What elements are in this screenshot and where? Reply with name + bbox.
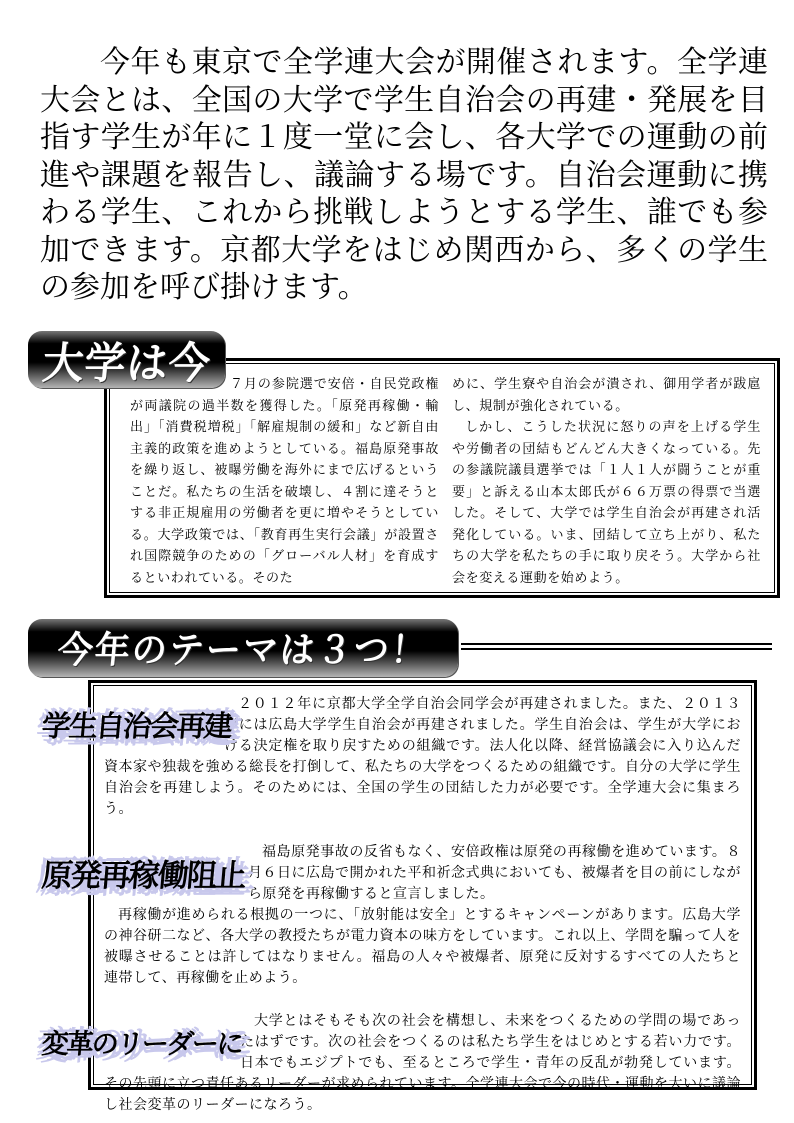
theme-nuclear-restart-heading: 原発再稼働阻止 [42, 841, 240, 903]
university-now-box: ７月の参院選で安倍・自民党政権が両議院の過半数を獲得した。「原発再稼働・輸出」「… [104, 358, 780, 598]
university-now-box-inner: ７月の参院選で安倍・自民党政権が両議院の過半数を獲得した。「原発再稼働・輸出」「… [109, 363, 775, 593]
university-now-right-paragraph-2: しかし、こうした状況に怒りの声を上げる学生や労働者の団結もどんどん大きくなってい… [452, 416, 761, 588]
university-now-column-left: ７月の参院選で安倍・自民党政権が両議院の過半数を獲得した。「原発再稼働・輸出」「… [130, 373, 439, 588]
theme-leader-of-change-heading-label: 変革のリーダーに [40, 1022, 243, 1061]
themes-box-inner: 学生自治会再建 ２０１２年に京都大学全学自治会同学会が再建されました。また、２０… [93, 685, 752, 1085]
themes-box: 学生自治会再建 ２０１２年に京都大学全学自治会同学会が再建されました。また、２０… [88, 680, 757, 1090]
intro-paragraph: 今年も東京で全学連大会が開催されます。全学連大会とは、全国の大学で学生自治会の再… [40, 44, 768, 307]
themes-banner-label: 今年のテーマは３つ！ [56, 622, 431, 675]
theme-student-council: 学生自治会再建 ２０１２年に京都大学全学自治会同学会が再建されました。また、２０… [104, 693, 741, 819]
theme-leader-of-change-heading: 変革のリーダーに [42, 1010, 232, 1072]
theme-student-council-heading-label: 学生自治会再建 [40, 704, 233, 745]
flyer-page: 今年も東京で全学連大会が開催されます。全学連大会とは、全国の大学で学生自治会の再… [0, 0, 794, 1123]
theme-leader-of-change: 変革のリーダーに 大学とはそもそも次の社会を構想し、未来をつくるための学問の場で… [104, 988, 741, 1115]
theme-nuclear-restart: 原発再稼働阻止 福島原発事故の反省もなく、安倍政権は原発の再稼働を進めています。… [104, 819, 741, 988]
university-now-right-paragraph-1: めに、学生寮や自治会が潰され、御用学者が跋扈し、規制が強化されている。 [452, 373, 761, 416]
university-now-banner: 大学は今 [28, 331, 225, 388]
university-now-banner-label: 大学は今 [40, 329, 213, 391]
theme-nuclear-restart-heading-label: 原発再稼働阻止 [40, 850, 247, 895]
theme-nuclear-restart-paragraph-2: 再稼働が進められる根拠の一つに、「放射能は安全」とするキャンペーンがあります。広… [104, 904, 741, 988]
themes-banner: 今年のテーマは３つ！ [28, 619, 458, 677]
themes-banner-rule [461, 643, 772, 650]
theme-student-council-heading: 学生自治会再建 [42, 693, 216, 755]
university-now-columns: ７月の参院選で安倍・自民党政権が両議院の過半数を獲得した。「原発再稼働・輸出」「… [110, 364, 774, 594]
university-now-column-right: めに、学生寮や自治会が潰され、御用学者が跋扈し、規制が強化されている。 しかし、… [452, 373, 761, 588]
